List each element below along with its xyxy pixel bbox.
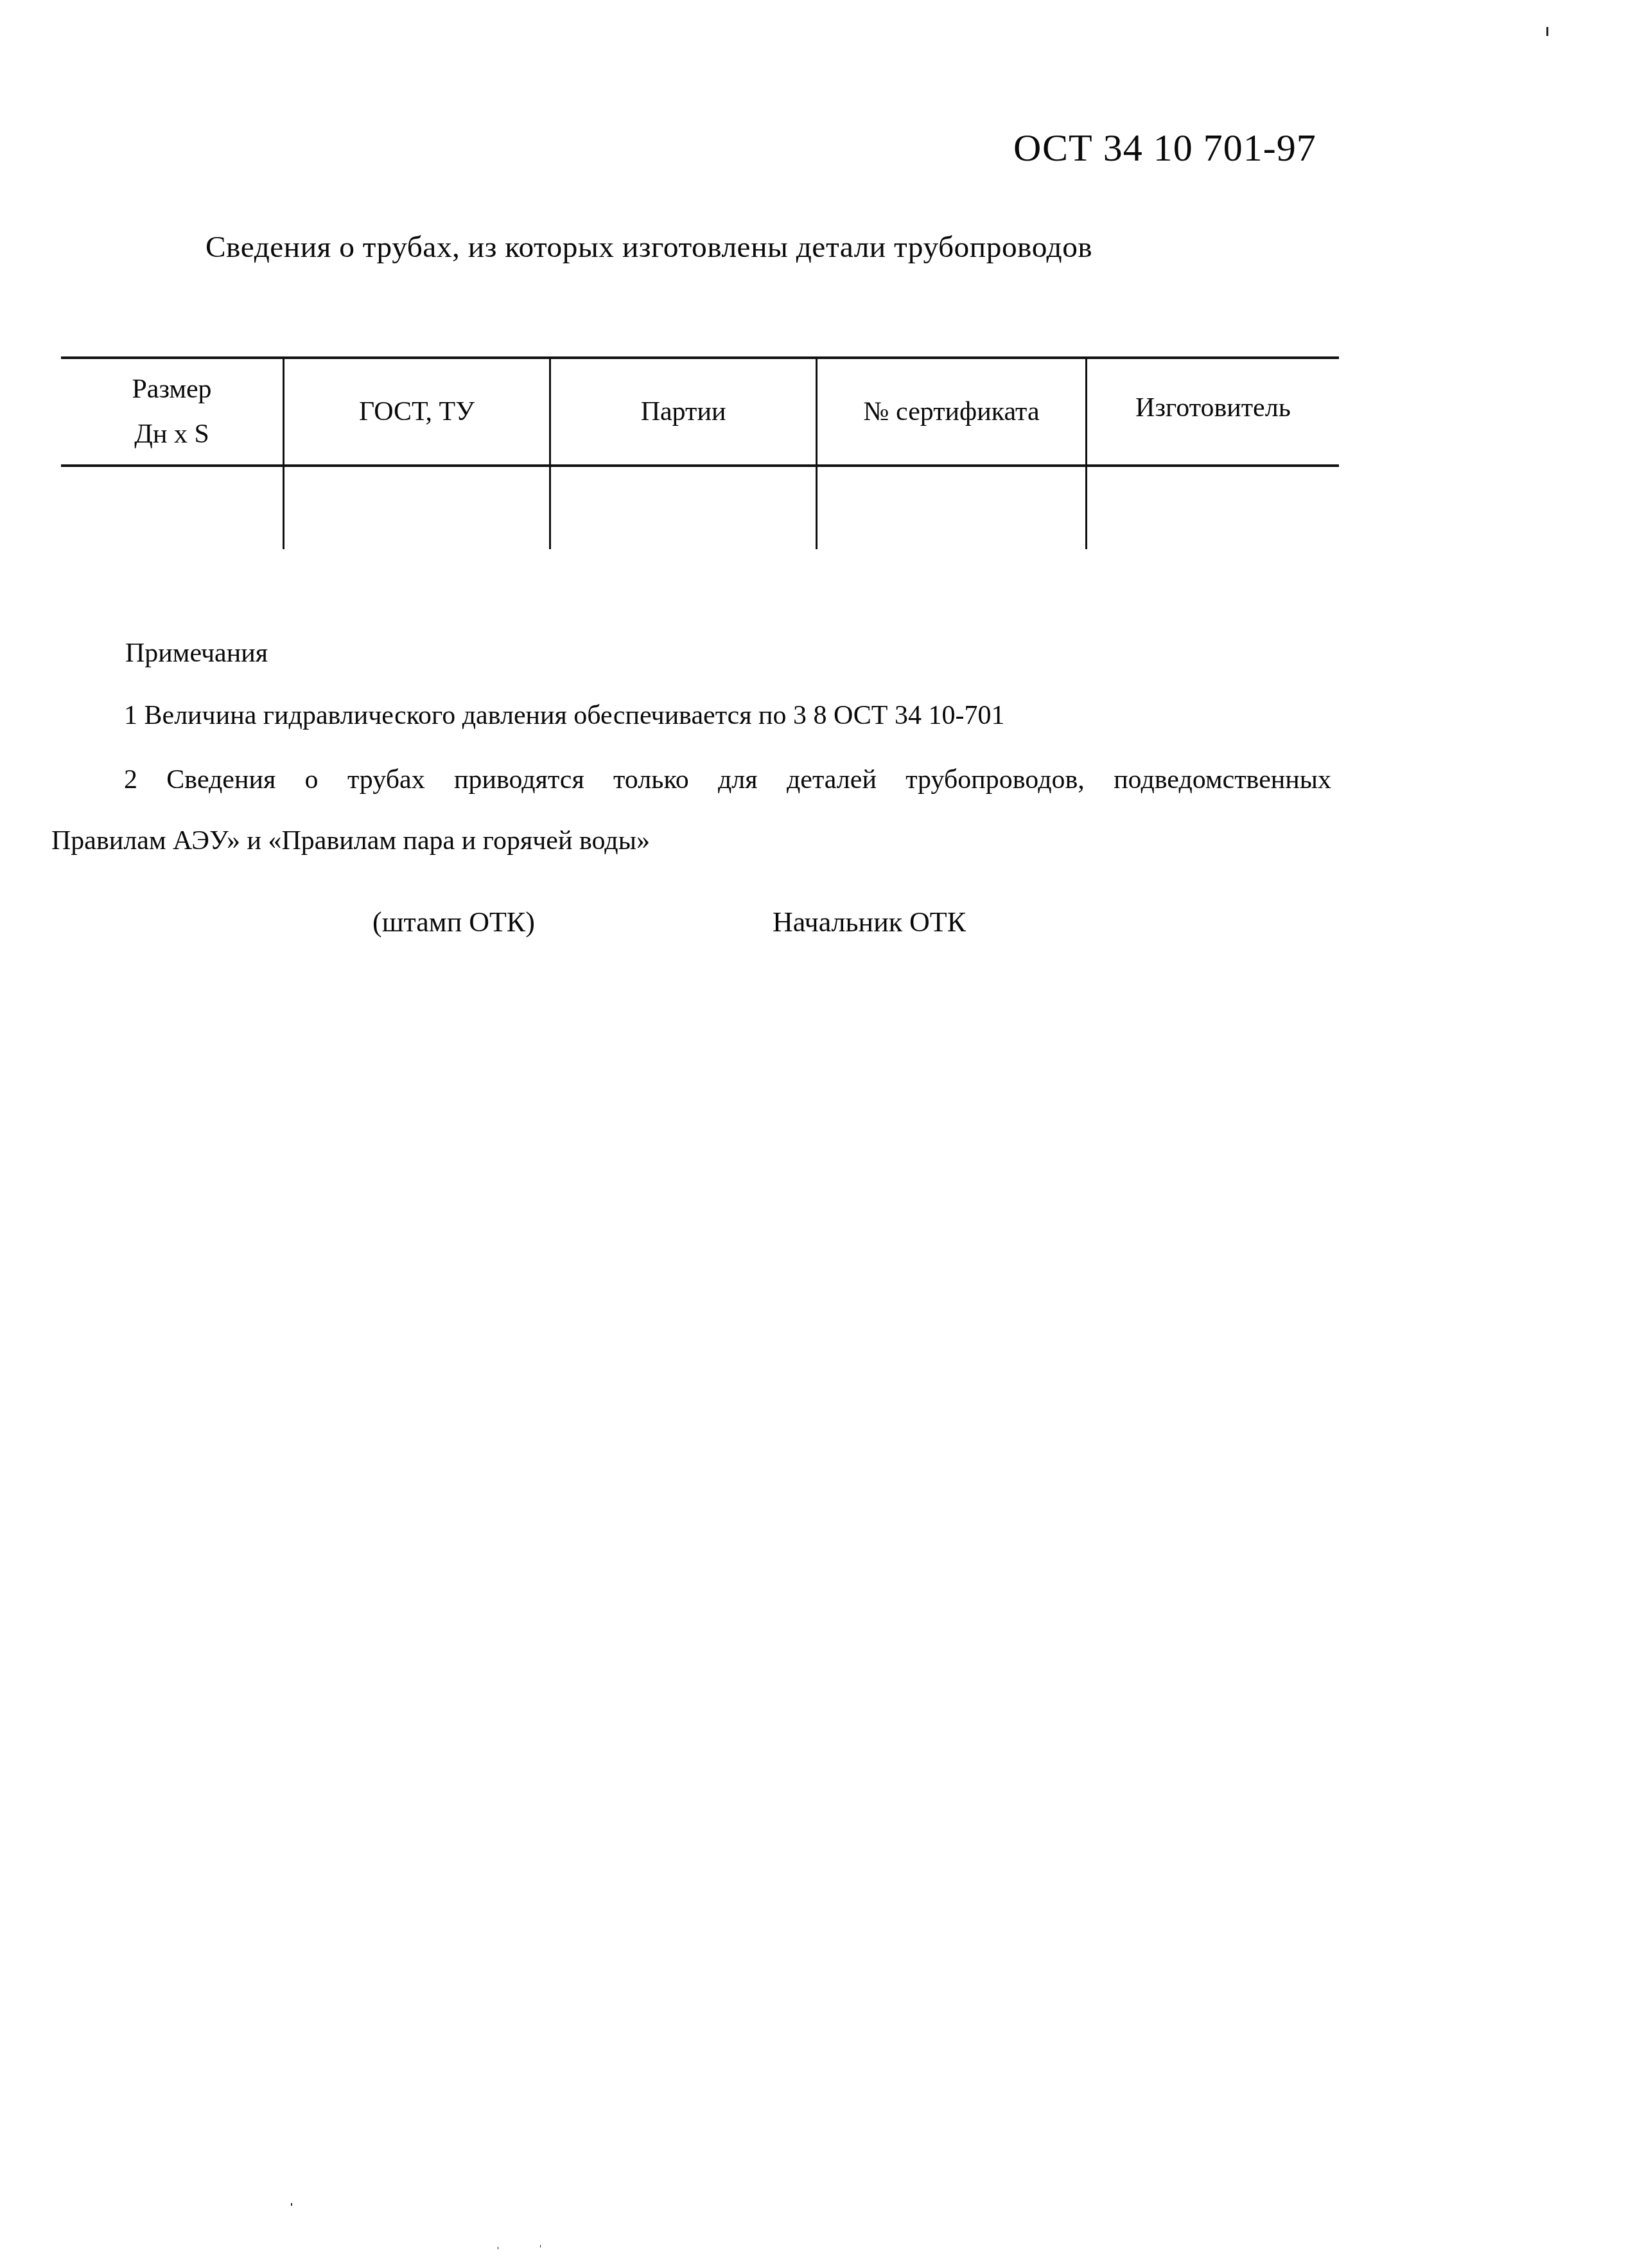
table-cell-standard — [284, 467, 549, 549]
table-header-certificate: № сертификата — [818, 359, 1085, 464]
table-cell-size — [61, 467, 283, 549]
table-header-batches: Партии — [551, 359, 816, 464]
table-cell-certificate — [818, 467, 1085, 549]
scan-speck — [1546, 27, 1548, 36]
scan-speck — [498, 2247, 498, 2249]
notes-heading: Примечания — [125, 638, 268, 669]
qc-chief-label: Начальник ОТК — [773, 906, 966, 938]
note-1: 1 Величина гидравлического давления обес… — [124, 700, 1004, 731]
table-header-standard: ГОСТ, ТУ — [284, 359, 549, 464]
table-row — [61, 467, 1339, 549]
table-cell-batches — [551, 467, 816, 549]
pipes-info-table: Размер Дн х S ГОСТ, ТУ Партии № сертифик… — [61, 350, 1339, 552]
header-batches-label: Партии — [641, 396, 726, 427]
document-code: ОСТ 34 10 701-97 — [1013, 126, 1316, 170]
header-standard-label: ГОСТ, ТУ — [359, 396, 475, 427]
table-header-manufacturer: Изготовитель — [1087, 355, 1339, 461]
header-manufacturer-label: Изготовитель — [1135, 392, 1291, 423]
table-header-size: Размер Дн х S — [61, 359, 283, 464]
scan-speck — [291, 2203, 292, 2206]
table-cell-manufacturer — [1087, 467, 1339, 549]
header-size-line1: Размер — [132, 374, 211, 405]
header-size-line2: Дн х S — [134, 419, 209, 450]
note-2-line2: Правилам АЭУ» и «Правилам пара и горячей… — [51, 825, 650, 856]
document-title: Сведения о трубах, из которых изготовлен… — [205, 230, 1092, 264]
qc-stamp-label: (штамп ОТК) — [372, 906, 535, 938]
note-2-line1: 2 Сведения о трубах приводятся только дл… — [124, 764, 1331, 795]
scan-speck — [540, 2245, 541, 2247]
header-certificate-label: № сертификата — [863, 396, 1039, 427]
